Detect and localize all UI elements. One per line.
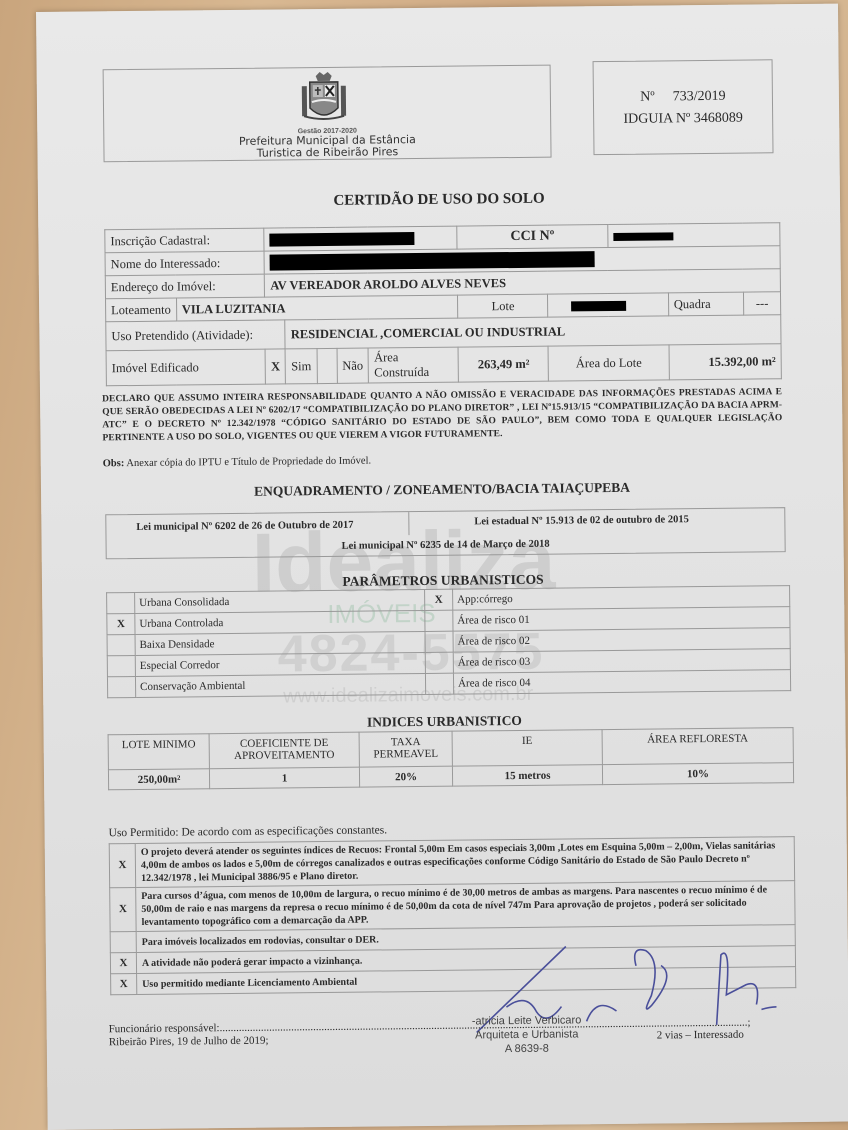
indices-header: COEFICIENTE DE APROVEITAMENTO [209, 732, 359, 769]
municipality-name: Prefeitura Municipal da Estância Turisti… [104, 133, 550, 162]
inscricao-label: Inscrição Cadastral: [105, 228, 265, 253]
rule-mark: X [110, 953, 136, 974]
indices-header: TAXA PERMEAVEL [359, 731, 452, 767]
parametro-right-mark [425, 610, 453, 631]
uso-permitido-heading: Uso Permitido: De acordo com as especifi… [109, 824, 388, 839]
cci-label: CCI Nº [457, 225, 607, 250]
indices-value: 10% [602, 763, 793, 785]
redacted-block [270, 251, 595, 270]
declaration-text: DECLARO QUE ASSUMO INTEIRA RESPONSABILID… [102, 386, 783, 445]
indices-table: LOTE MINIMO COEFICIENTE DE APROVEITAMENT… [108, 727, 795, 790]
enquadramento-title: ENQUADRAMENTO / ZONEAMENTO/BACIA TAIAÇUP… [41, 478, 843, 502]
sim-label: Sim [285, 349, 317, 384]
parametro-right-mark [425, 652, 453, 673]
parametro-left-mark [107, 676, 135, 697]
document-title: CERTIDÃO DE USO DO SOLO [38, 188, 840, 213]
rule-row: XPara cursos d’água, com menos de 10,00m… [110, 881, 795, 932]
certificate-number-box: Nº733/2019 IDGUIA Nº 3468089 [593, 59, 774, 155]
place-date: Ribeirão Pires, 19 de Julho de 2019; [109, 1035, 269, 1049]
area-construida-label: Área Construída [368, 347, 458, 383]
law-estadual-15913: Lei estadual Nº 15.913 de 02 de outubro … [474, 514, 689, 527]
loteamento-value: VILA LUZITANIA [176, 295, 458, 321]
certificate-number: Nº733/2019 [594, 88, 772, 106]
indices-header: ÁREA REFLORESTA [602, 728, 793, 765]
property-info-table: Inscrição Cadastral: CCI Nº Nome do Inte… [104, 222, 782, 386]
parametro-left-mark [107, 655, 135, 676]
inscricao-value [264, 226, 457, 251]
parametro-left-mark: X [107, 613, 135, 634]
rule-text: Para cursos d’água, com menos de 10,00m … [136, 881, 795, 932]
nao-mark [317, 348, 337, 383]
copies-note: 2 vias – Interessado [657, 1029, 744, 1042]
parametro-left-mark [107, 592, 135, 613]
certificate-document: Idealiza IMÓVEIS 4824-5575 www.idealizai… [36, 4, 848, 1130]
area-lote-label: Área do Lote [548, 345, 669, 381]
coat-of-arms-icon [294, 72, 355, 125]
parametro-left-mark [107, 634, 135, 655]
parametros-table: Urbana ConsolidadaXApp:córregoXUrbana Co… [106, 585, 791, 698]
municipality-header: Gestão 2017-2020 Prefeitura Municipal da… [103, 65, 552, 163]
law-municipal-6235: Lei municipal Nº 6235 de 14 de Março de … [107, 536, 785, 554]
redacted-block [571, 300, 626, 311]
quadra-value: --- [743, 292, 780, 315]
rule-row: XO projeto deverá atender os seguintes í… [109, 837, 794, 888]
nao-label: Não [337, 348, 369, 383]
loteamento-label: Loteamento [106, 298, 177, 322]
parametro-left-label: Urbana Consolidada [135, 589, 425, 613]
quadra-label: Quadra [668, 292, 743, 316]
indices-value: 15 metros [452, 765, 602, 787]
lote-value [548, 293, 669, 317]
parametro-right-mark: X [425, 589, 453, 610]
observation: Obs: Anexar cópia do IPTU e Título de Pr… [103, 456, 371, 470]
laws-box: Lei municipal Nº 6202 de 26 de Outubro d… [105, 507, 785, 559]
area-construida-value: 263,49 m² [458, 346, 548, 382]
parametro-left-label: Urbana Controlada [135, 610, 425, 634]
parametro-right-mark [425, 673, 453, 694]
nome-label: Nome do Interessado: [105, 251, 265, 276]
rule-mark [110, 932, 136, 953]
parametro-left-label: Especial Corredor [135, 652, 425, 676]
law-municipal-6202: Lei municipal Nº 6202 de 26 de Outubro d… [136, 520, 353, 533]
endereco-label: Endereço do Imóvel: [105, 274, 265, 299]
parametro-right-mark [425, 631, 453, 652]
parametro-right-label: Área de risco 04 [453, 670, 790, 695]
rule-mark: X [109, 844, 135, 888]
edificado-label: Imóvel Edificado [106, 349, 266, 386]
redacted-block [270, 232, 415, 247]
architect-stamp: -atricia Leite Verbicaro Arquiteta e Urb… [447, 1013, 607, 1057]
area-lote-value: 15.392,00 m² [669, 344, 782, 380]
idguia-number: IDGUIA Nº 3468089 [594, 110, 772, 128]
rule-mark: X [110, 888, 136, 932]
indices-value: 1 [209, 767, 359, 789]
redacted-block [613, 232, 673, 241]
divider [408, 512, 409, 535]
lote-label: Lote [458, 294, 548, 318]
rule-mark: X [111, 973, 137, 994]
parametro-left-label: Conservação Ambiental [135, 673, 425, 697]
parametro-left-label: Baixa Densidade [135, 631, 425, 655]
indices-value: 250,00m² [108, 769, 209, 790]
cci-value [607, 223, 780, 248]
rule-text: O projeto deverá atender os seguintes ín… [135, 837, 794, 888]
indices-value: 20% [359, 766, 452, 787]
indices-header: IE [452, 730, 602, 767]
sim-mark: X [265, 349, 285, 384]
indices-header: LOTE MINIMO [108, 734, 209, 770]
uso-label: Uso Pretendido (Atividade): [106, 320, 286, 351]
